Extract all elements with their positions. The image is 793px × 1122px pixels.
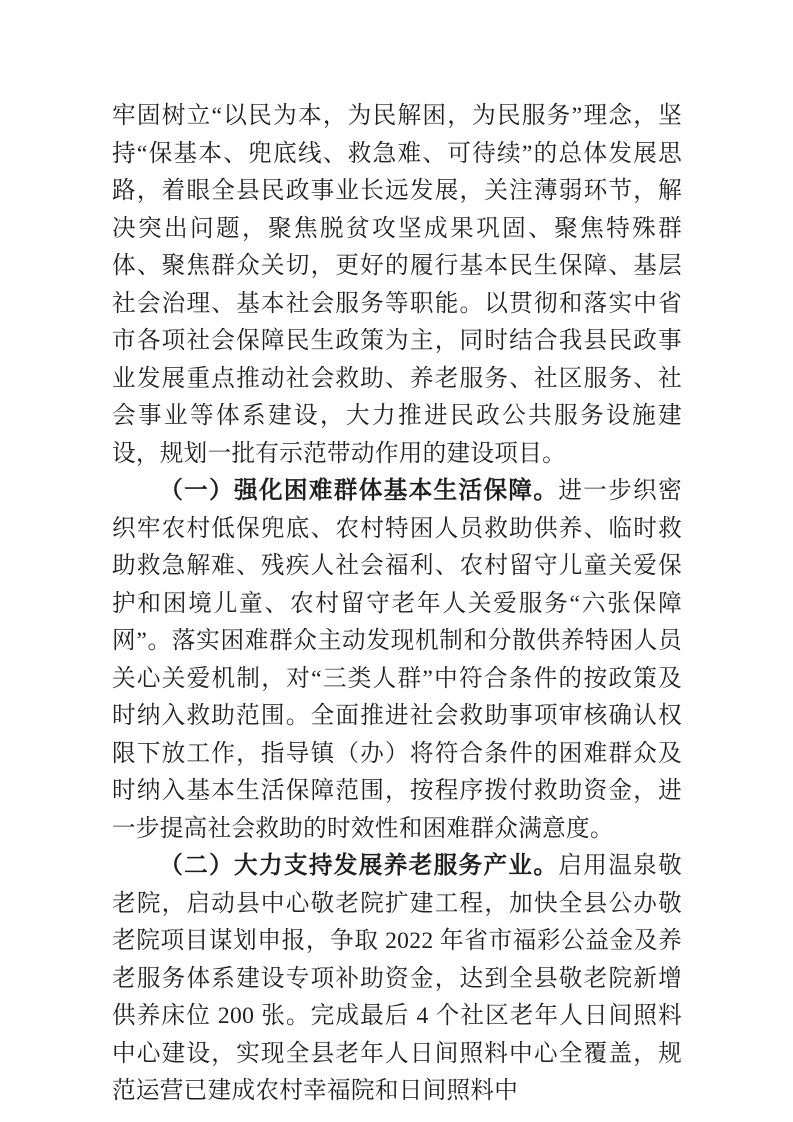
section-1-body-text: 进一步织密织牢农村低保兜底、农村特困人员救助供养、临时救助救急解难、残疾人社会福…	[112, 478, 682, 842]
paragraph-section-1: （一）强化困难群体基本生活保障。进一步织密织牢农村低保兜底、农村特困人员救助供养…	[112, 473, 682, 848]
paragraph-continuation-text: 牢固树立“以民为本，为民解困，为民服务”理念，坚持“保基本、兜底线、救急难、可待…	[112, 103, 682, 467]
document-page: 牢固树立“以民为本，为民解困，为民服务”理念，坚持“保基本、兜底线、救急难、可待…	[0, 0, 793, 1122]
document-body: 牢固树立“以民为本，为民解困，为民服务”理念，坚持“保基本、兜底线、救急难、可待…	[112, 98, 682, 1111]
section-2-body-text: 启用温泉敬老院，启动县中心敬老院扩建工程，加快全县公办敬老院项目谋划申报，争取 …	[112, 853, 682, 1104]
paragraph-section-2: （二）大力支持发展养老服务产业。启用温泉敬老院，启动县中心敬老院扩建工程，加快全…	[112, 848, 682, 1111]
paragraph-continuation: 牢固树立“以民为本，为民解困，为民服务”理念，坚持“保基本、兜底线、救急难、可待…	[112, 98, 682, 473]
section-2-heading: （二）大力支持发展养老服务产业。	[159, 853, 558, 879]
section-1-heading: （一）强化困难群体基本生活保障。	[159, 478, 558, 504]
